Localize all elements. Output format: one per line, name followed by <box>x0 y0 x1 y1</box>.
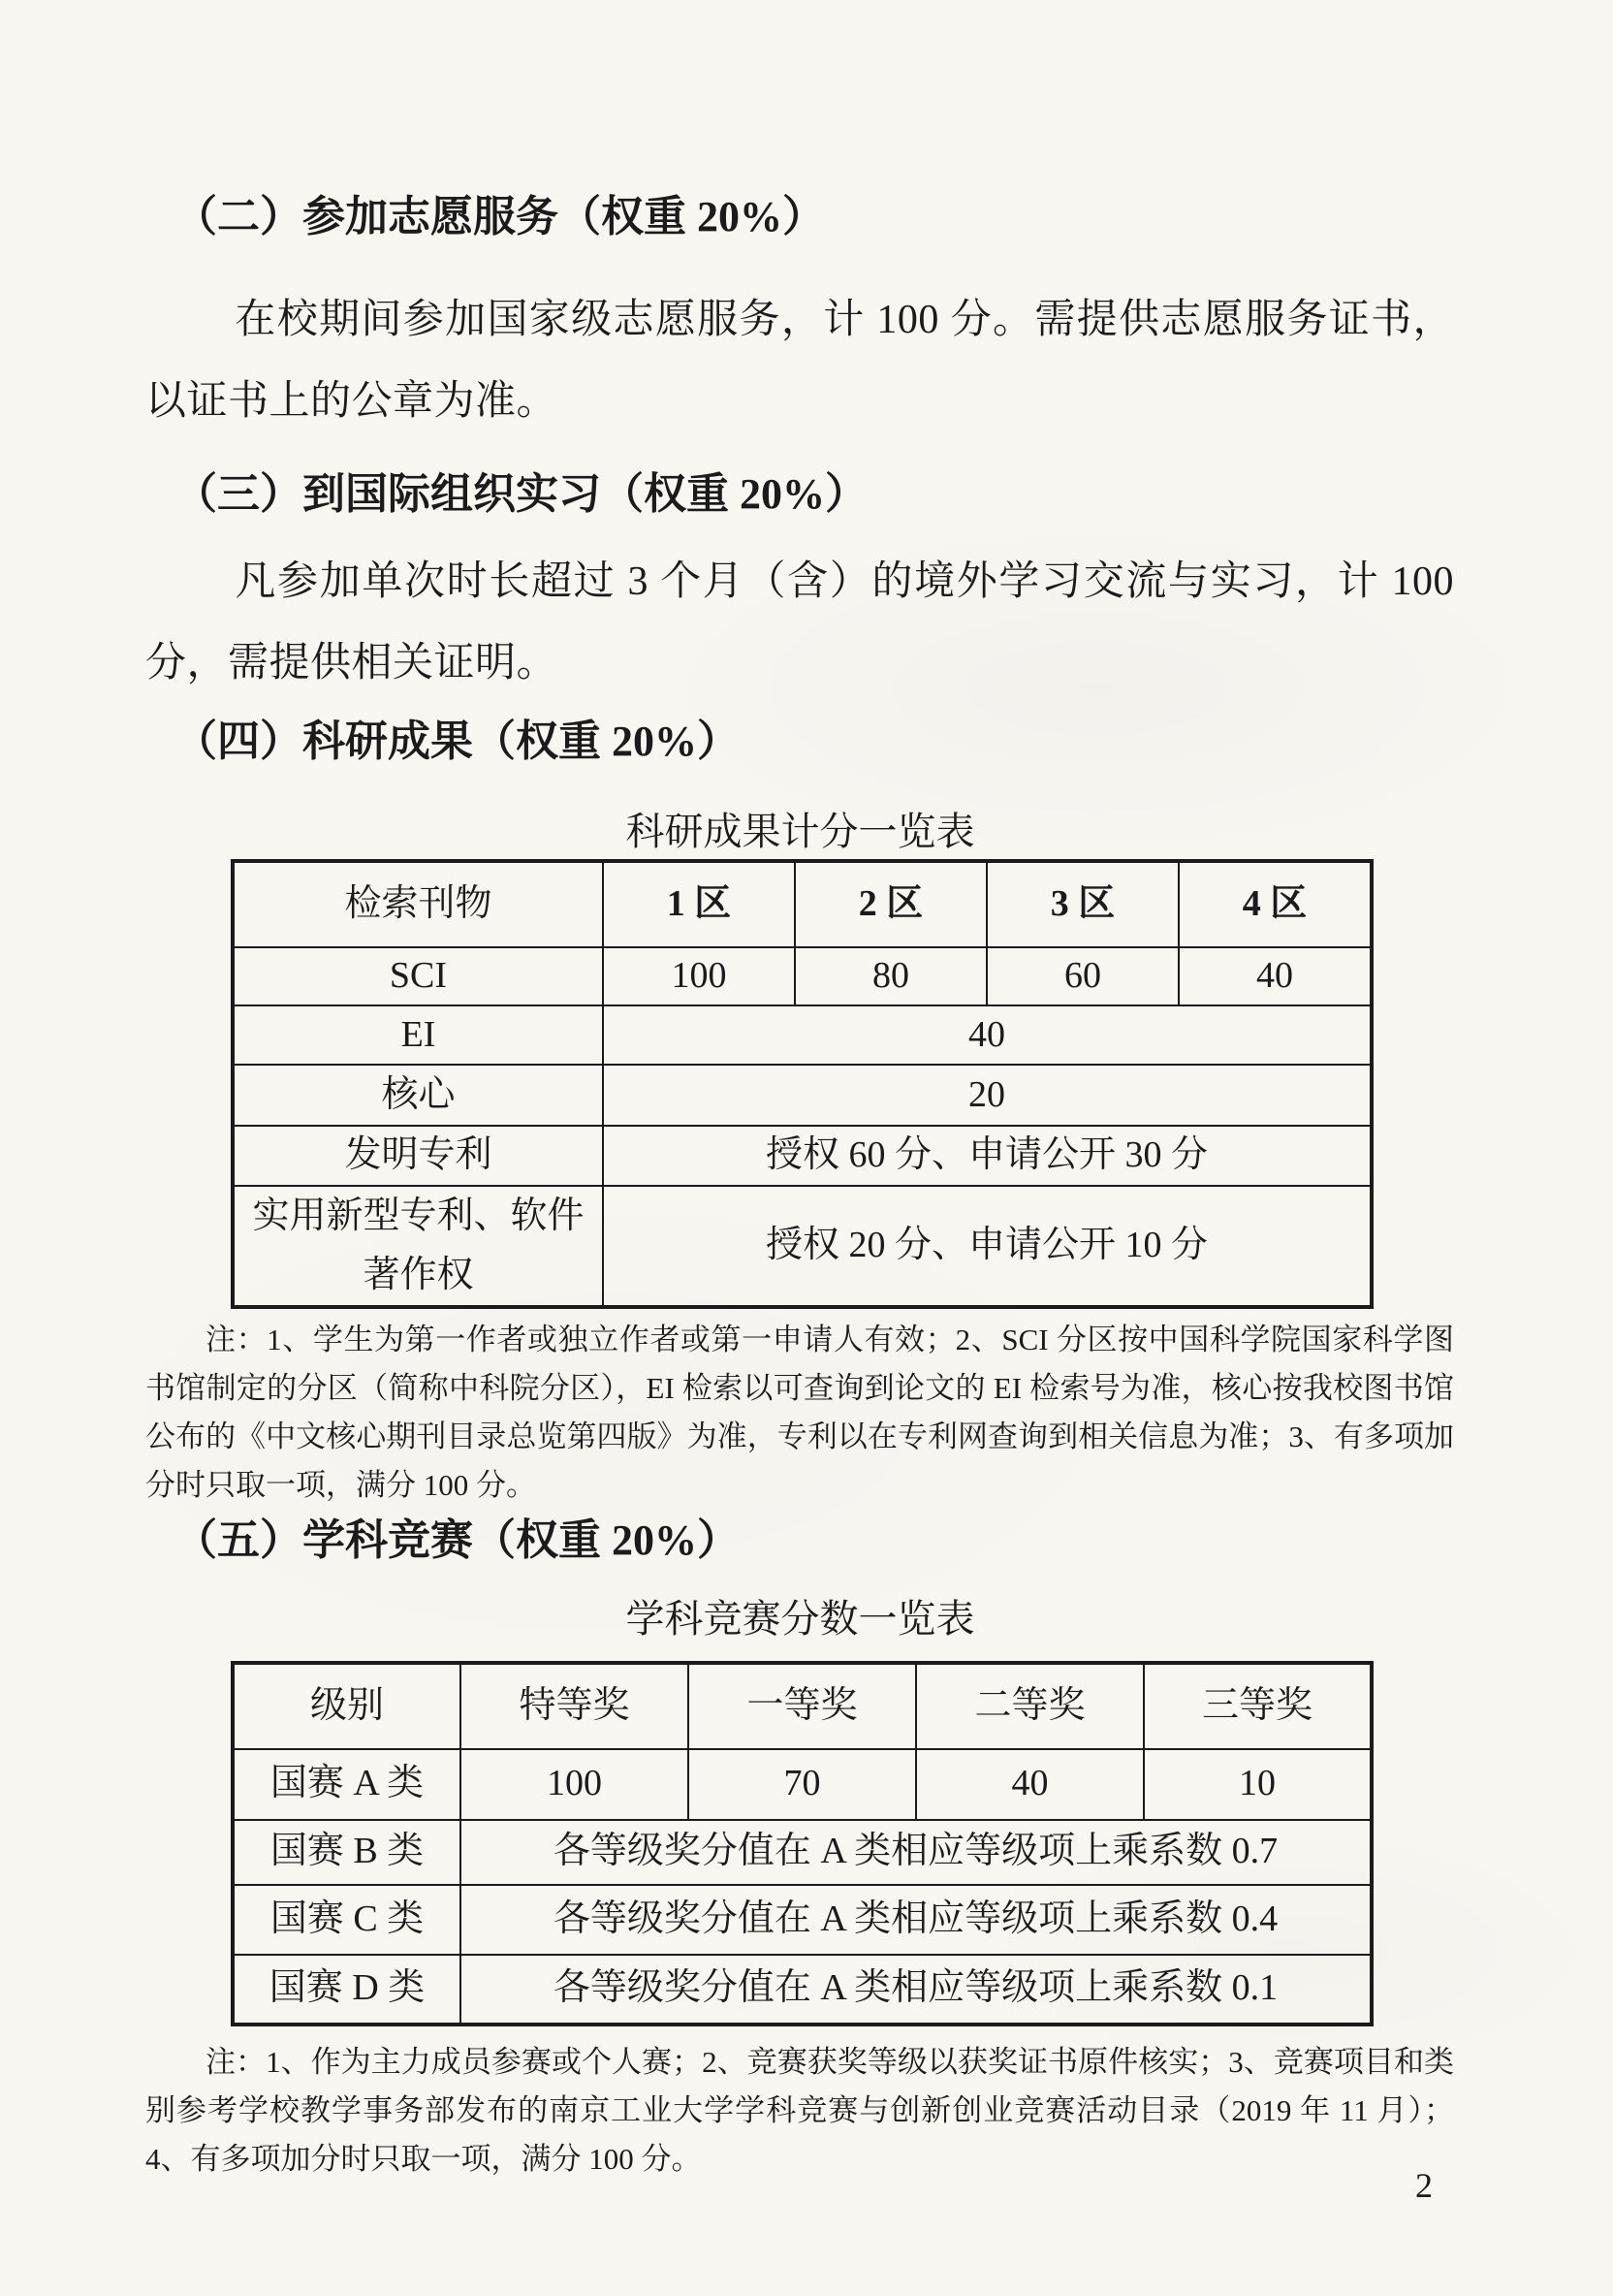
row-label: EI <box>233 1005 603 1065</box>
header-cell: 一等奖 <box>688 1663 916 1749</box>
table-row: 国赛 C 类 各等级奖分值在 A 类相应等级项上乘系数 0.4 <box>233 1885 1372 1955</box>
header-cell: 级别 <box>233 1663 460 1749</box>
table-cell: 100 <box>603 947 795 1005</box>
row-label: 核心 <box>233 1065 603 1126</box>
table-cell-merged: 授权 60 分、申请公开 30 分 <box>603 1126 1372 1186</box>
page-content: （二）参加志愿服务（权重 20%） 在校期间参加国家级志愿服务，计 100 分。… <box>145 0 1454 2184</box>
table-row: 国赛 A 类 100 70 40 10 <box>233 1749 1372 1820</box>
table-cell-merged: 各等级奖分值在 A 类相应等级项上乘系数 0.7 <box>460 1820 1372 1885</box>
table-row: 核心 20 <box>233 1065 1372 1126</box>
section-heading-3: （三）到国际组织实习（权重 20%） <box>174 467 1454 522</box>
table-cell-merged: 20 <box>603 1065 1372 1126</box>
table-cell-merged: 各等级奖分值在 A 类相应等级项上乘系数 0.1 <box>460 1955 1372 2025</box>
row-label: 国赛 D 类 <box>233 1955 460 2025</box>
table-header-row: 级别 特等奖 一等奖 二等奖 三等奖 <box>233 1663 1372 1749</box>
competition-table-note: 注：1、作为主力成员参赛或个人赛；2、竞赛获奖等级以获奖证书原件核实；3、竞赛项… <box>145 2038 1454 2184</box>
header-cell: 二等奖 <box>916 1663 1144 1749</box>
row-label: 国赛 A 类 <box>233 1749 460 1820</box>
row-label: 实用新型专利、软件著作权 <box>233 1186 603 1307</box>
table-cell: 100 <box>460 1749 688 1820</box>
header-cell: 4 区 <box>1179 861 1372 947</box>
table-row: 国赛 B 类 各等级奖分值在 A 类相应等级项上乘系数 0.7 <box>233 1820 1372 1885</box>
header-cell: 特等奖 <box>460 1663 688 1749</box>
table-cell: 60 <box>987 947 1179 1005</box>
page-number: 2 <box>1415 2164 1433 2207</box>
scanned-document-page: （二）参加志愿服务（权重 20%） 在校期间参加国家级志愿服务，计 100 分。… <box>0 0 1613 2296</box>
table-cell: 10 <box>1144 1749 1372 1820</box>
row-label: 发明专利 <box>233 1126 603 1186</box>
table-row: 国赛 D 类 各等级奖分值在 A 类相应等级项上乘系数 0.1 <box>233 1955 1372 2025</box>
competition-table-title: 学科竞赛分数一览表 <box>231 1595 1370 1643</box>
header-cell: 3 区 <box>987 861 1179 947</box>
table-row: EI 40 <box>233 1005 1372 1065</box>
table-cell-merged: 授权 20 分、申请公开 10 分 <box>603 1186 1372 1307</box>
table-cell-merged: 各等级奖分值在 A 类相应等级项上乘系数 0.4 <box>460 1885 1372 1955</box>
section-3-paragraph: 凡参加单次时长超过 3 个月（含）的境外学习交流与实习，计 100 分，需提供相… <box>145 541 1454 704</box>
table-cell: 40 <box>1179 947 1372 1005</box>
row-label: 国赛 C 类 <box>233 1885 460 1955</box>
table-cell-merged: 40 <box>603 1005 1372 1065</box>
header-cell: 2 区 <box>795 861 987 947</box>
table-row: 实用新型专利、软件著作权 授权 20 分、申请公开 10 分 <box>233 1186 1372 1307</box>
table-cell: 80 <box>795 947 987 1005</box>
section-heading-5: （五）学科竞赛（权重 20%） <box>174 1514 1454 1568</box>
table-header-row: 检索刊物 1 区 2 区 3 区 4 区 <box>233 861 1372 947</box>
table-row: 发明专利 授权 60 分、申请公开 30 分 <box>233 1126 1372 1186</box>
section-heading-2: （二）参加志愿服务（权重 20%） <box>174 190 1454 244</box>
table-cell: 40 <box>916 1749 1144 1820</box>
competition-score-table: 级别 特等奖 一等奖 二等奖 三等奖 国赛 A 类 100 70 40 10 国… <box>231 1661 1374 2026</box>
research-table-title: 科研成果计分一览表 <box>231 808 1370 856</box>
section-2-paragraph: 在校期间参加国家级志愿服务，计 100 分。需提供志愿服务证书，以证书上的公章为… <box>145 279 1454 442</box>
header-cell: 1 区 <box>603 861 795 947</box>
research-table-note: 注：1、学生为第一作者或独立作者或第一申请人有效；2、SCI 分区按中国科学院国… <box>145 1316 1454 1510</box>
table-cell: 70 <box>688 1749 916 1820</box>
row-label: SCI <box>233 947 603 1005</box>
header-cell: 检索刊物 <box>233 861 603 947</box>
table-row: SCI 100 80 60 40 <box>233 947 1372 1005</box>
header-cell: 三等奖 <box>1144 1663 1372 1749</box>
section-heading-4: （四）科研成果（权重 20%） <box>174 715 1454 769</box>
research-score-table: 检索刊物 1 区 2 区 3 区 4 区 SCI 100 80 60 40 EI… <box>231 859 1374 1309</box>
row-label: 国赛 B 类 <box>233 1820 460 1885</box>
